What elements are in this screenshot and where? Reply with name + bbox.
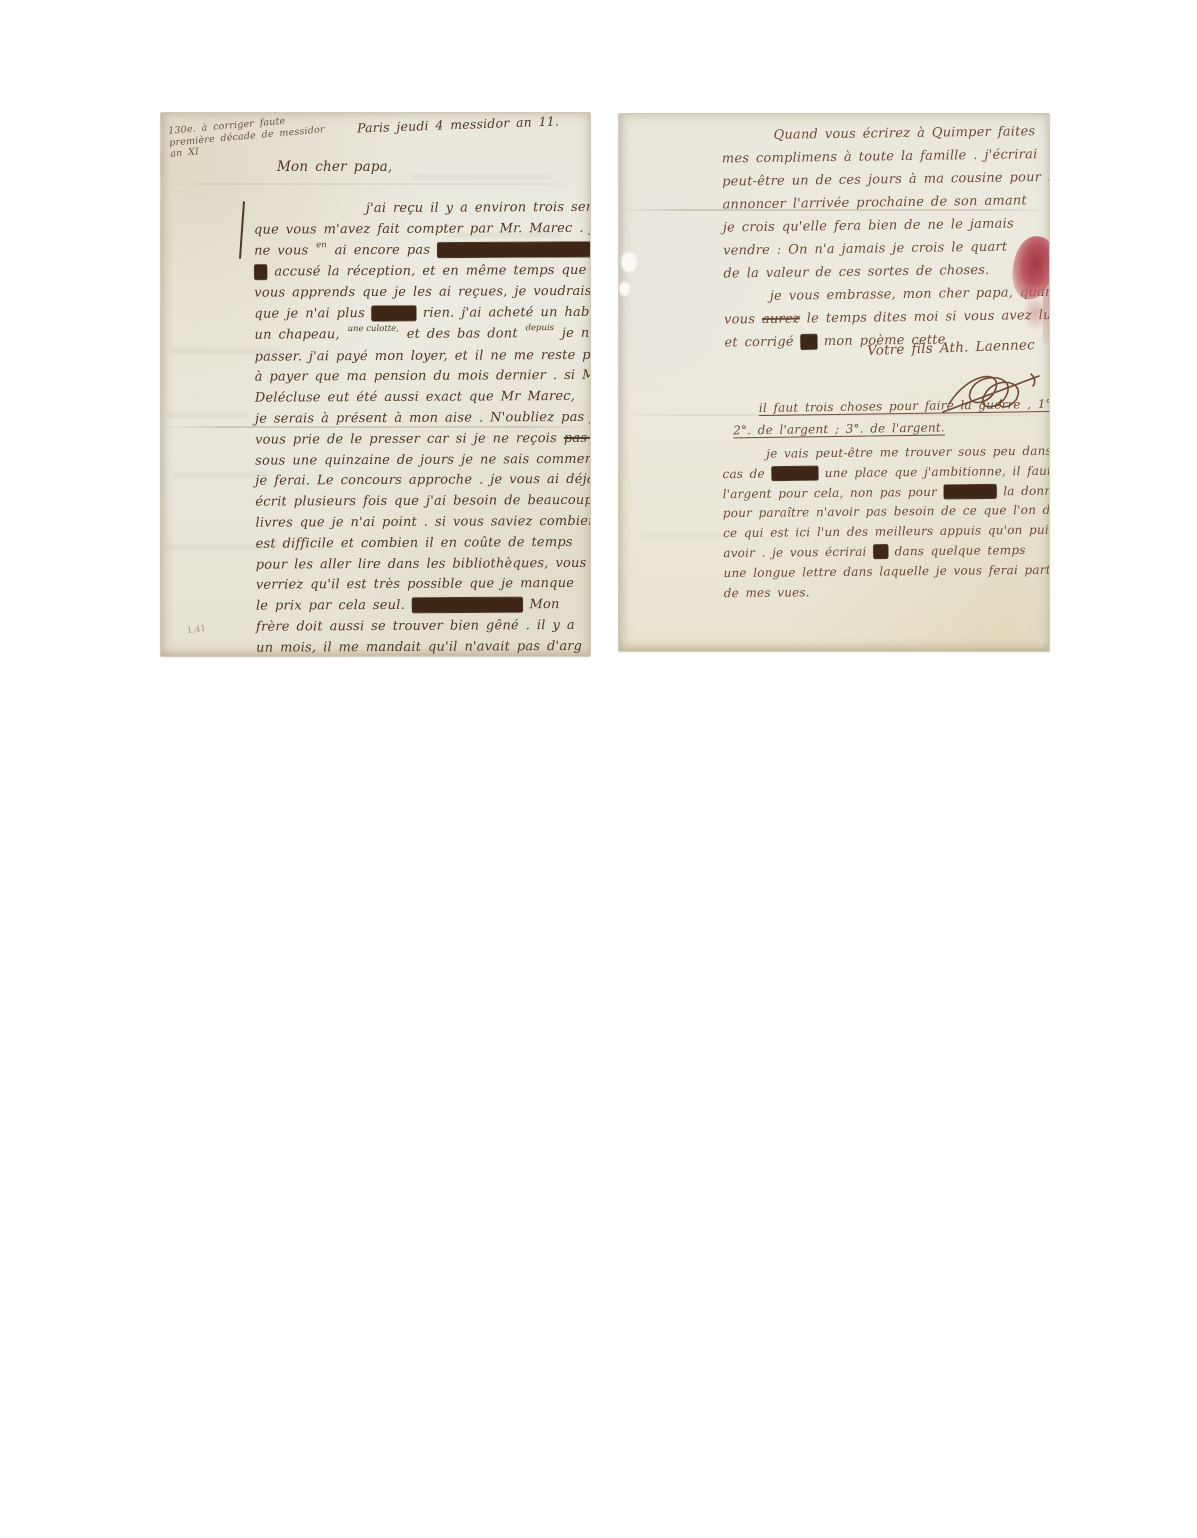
letter-page-right: Quand vous écrirez à Quimper faitesmes c…	[618, 113, 1050, 652]
dateline: Paris jeudi 4 messidor an 11.	[357, 113, 560, 135]
postscript-underlined: il faut trois choses pour faire la guerr…	[619, 393, 1050, 443]
ink-blot: ici	[873, 544, 888, 558]
manuscript-line: il faut trois choses pour faire la guerr…	[723, 393, 1049, 420]
strikethrough-text: aurez	[762, 311, 800, 327]
manuscript-line: de mes vues.	[724, 580, 1050, 603]
manuscript-line: est difficile et combien il en coûte de …	[256, 533, 591, 556]
manuscript-line: vous aurez le temps dites moi si vous av…	[724, 304, 1046, 331]
strikethrough-text: pas d'argent	[564, 430, 591, 445]
underlined-text: 2°. de l'argent ; 3°. de l'argent.	[733, 420, 945, 437]
manuscript-line: vous prie de le presser car si je ne reç…	[255, 429, 590, 452]
archival-note: 130e. à corriger fautepremière décade de…	[168, 112, 326, 160]
manuscript-line: et accusé la réception, et en même temps…	[254, 261, 589, 284]
ink-blot: ce mois dernier	[412, 597, 523, 613]
ghost-text	[411, 175, 551, 179]
manuscript-line: j'ai reçu il y a environ trois semaines …	[254, 198, 589, 221]
manuscript-line: un chapeau, une culotte, et des bas dont…	[254, 324, 589, 348]
manuscript-line: je ferai. Le concours approche . je vous…	[255, 470, 590, 493]
manuscript-line: vous apprends que je les ai reçues, je v…	[254, 282, 589, 305]
scan-background: 130e. à corriger fautepremière décade de…	[0, 0, 1197, 1538]
manuscript-line: à payer que ma pension du mois dernier .…	[255, 366, 590, 389]
letter-body-left: j'ai reçu il y a environ trois semaines …	[160, 198, 591, 657]
manuscript-line: verriez qu'il est très possible que je m…	[256, 574, 591, 597]
manuscript-line: pour les aller lire dans les bibliothèqu…	[256, 553, 591, 576]
ink-blot: l'obtenir	[944, 484, 997, 499]
manuscript-line: frère doit aussi se trouver bien gêné . …	[256, 616, 591, 639]
manuscript-line: Delécluse eut été aussi exact que Mr Mar…	[255, 387, 590, 410]
manuscript-line: vendre : On n'a jamais je crois le quart	[723, 235, 1045, 262]
manuscript-line: le prix par cela seul. ce mois dernier M…	[256, 595, 591, 618]
letter-page-left: 130e. à corriger fautepremière décade de…	[160, 112, 591, 657]
manuscript-line: ne vous en ai encore pas accusé réceptio…	[254, 239, 589, 263]
paper-fold-line	[161, 183, 590, 185]
wax-seal-streak	[1043, 264, 1049, 344]
manuscript-line: écrit plusieurs fois que j'ai besoin de …	[255, 491, 590, 514]
letter-body-right: Quand vous écrirez à Quimper faitesmes c…	[618, 120, 1050, 356]
postscript-second: je vais peut-être me trouver sous peu da…	[618, 442, 1050, 605]
ink-blot: briguer	[771, 466, 818, 480]
manuscript-line: livres que je n'ai point . si vous savie…	[255, 512, 590, 535]
ink-blot: de	[800, 334, 817, 349]
salutation: Mon cher papa,	[277, 159, 392, 175]
manuscript-line: un mois, il me mandait qu'il n'avait pas…	[256, 637, 591, 657]
manuscript-line: je serais à présent à mon aise . N'oubli…	[255, 408, 590, 431]
interline-insertion: une culotte,	[348, 319, 399, 340]
manuscript-line: une longue lettre dans laquelle je vous …	[723, 561, 1049, 584]
interline-insertion: depuis	[526, 318, 555, 339]
manuscript-line: que vous m'avez fait compter par Mr. Mar…	[254, 219, 589, 242]
ink-blot: et	[254, 265, 267, 280]
ink-blot: accusé réception de votre envoi	[437, 241, 591, 257]
manuscript-line: passer. j'ai payé mon loyer, et il ne me…	[255, 345, 590, 368]
manuscript-line: sous une quinzaine de jours je ne sais c…	[255, 449, 590, 472]
interline-insertion: en	[316, 235, 327, 256]
underlined-text: il faut trois choses pour faire la guerr…	[759, 396, 1050, 415]
manuscript-line: 2°. de l'argent ; 3°. de l'argent.	[723, 415, 1049, 442]
